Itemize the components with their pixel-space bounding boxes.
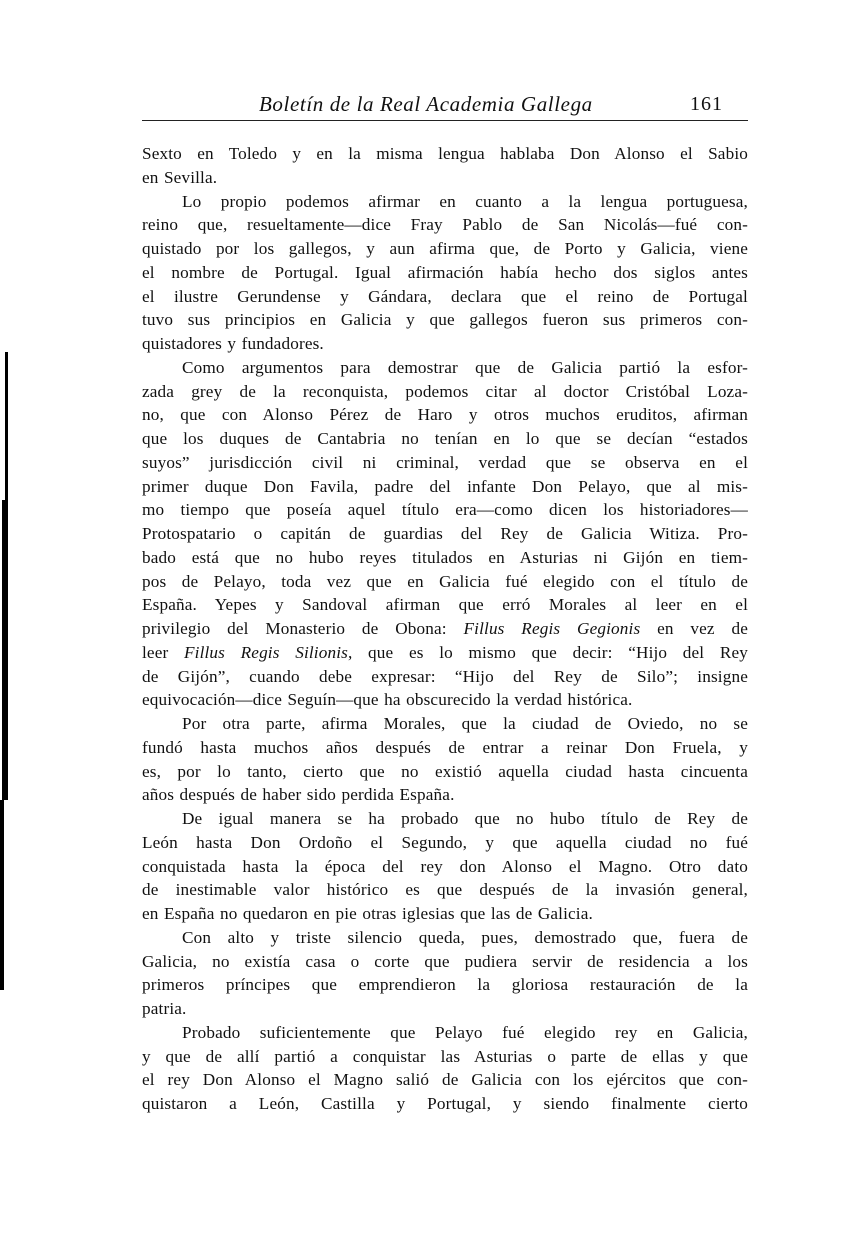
- text-fragment: , que es lo mismo que decir: “Hijo del R…: [348, 643, 748, 662]
- body-text: Sexto en Toledo y en la misma lengua hab…: [142, 142, 748, 1116]
- text-line: Protospatario o capitán de guardias del …: [142, 522, 748, 546]
- latin-phrase: Fillus Regis Gegionis: [464, 619, 641, 638]
- text-line: el nombre de Portugal. Igual afirmación …: [142, 261, 748, 285]
- running-header: Boletín de la Real Academia Gallega 161: [142, 90, 748, 121]
- text-line: equivocación—dice Seguín—que ha obscurec…: [142, 688, 748, 712]
- page-binding-shadow: [2, 500, 8, 800]
- text-line: privilegio del Monasterio de Obona: Fill…: [142, 617, 748, 641]
- page-binding-shadow: [0, 800, 4, 990]
- text-line: en Sevilla.: [142, 166, 748, 190]
- text-line: conquistada hasta la época del rey don A…: [142, 855, 748, 879]
- text-line: Probado suficientemente que Pelayo fué e…: [142, 1021, 748, 1045]
- text-line: patria.: [142, 997, 748, 1021]
- text-fragment: en vez de: [640, 619, 748, 638]
- page-number: 161: [690, 93, 723, 116]
- page-binding-shadow: [5, 352, 8, 502]
- text-line: quistaron a León, Castilla y Portugal, y…: [142, 1092, 748, 1116]
- text-line: Lo propio podemos afirmar en cuanto a la…: [142, 190, 748, 214]
- text-line: pos de Pelayo, toda vez que en Galicia f…: [142, 570, 748, 594]
- text-line: quistado por los gallegos, y aun afirma …: [142, 237, 748, 261]
- text-line: primeros príncipes que emprendieron la g…: [142, 973, 748, 997]
- text-line: en España no quedaron en pie otras igles…: [142, 902, 748, 926]
- text-line: leer Fillus Regis Silionis, que es lo mi…: [142, 641, 748, 665]
- text-line: Sexto en Toledo y en la misma lengua hab…: [142, 142, 748, 166]
- text-line: años después de haber sido perdida Españ…: [142, 783, 748, 807]
- text-line: Por otra parte, afirma Morales, que la c…: [142, 712, 748, 736]
- latin-phrase: Fillus Regis Silionis: [184, 643, 348, 662]
- text-line: reino que, resueltamente—dice Fray Pablo…: [142, 213, 748, 237]
- text-line: León hasta Don Ordoño el Segundo, y que …: [142, 831, 748, 855]
- text-line: de Gijón”, cuando debe expresar: “Hijo d…: [142, 665, 748, 689]
- text-line: suyos” jurisdicción civil ni criminal, v…: [142, 451, 748, 475]
- text-line: y que de allí partió a conquistar las As…: [142, 1045, 748, 1069]
- running-title: Boletín de la Real Academia Gallega: [259, 92, 593, 117]
- text-line: Como argumentos para demostrar que de Ga…: [142, 356, 748, 380]
- text-line: que los duques de Cantabria no tenían en…: [142, 427, 748, 451]
- text-fragment: privilegio del Monasterio de Obona:: [142, 619, 464, 638]
- text-line: no, que con Alonso Pérez de Haro y otros…: [142, 403, 748, 427]
- text-line: es, por lo tanto, cierto que no existió …: [142, 760, 748, 784]
- text-line: el rey Don Alonso el Magno salió de Gali…: [142, 1068, 748, 1092]
- text-line: España. Yepes y Sandoval afirman que err…: [142, 593, 748, 617]
- text-line: mo tiempo que poseía aquel título era—co…: [142, 498, 748, 522]
- text-line: bado está que no hubo reyes titulados en…: [142, 546, 748, 570]
- text-line: Con alto y triste silencio queda, pues, …: [142, 926, 748, 950]
- text-line: tuvo sus principios en Galicia y que gal…: [142, 308, 748, 332]
- text-line: De igual manera se ha probado que no hub…: [142, 807, 748, 831]
- text-fragment: leer: [142, 643, 184, 662]
- text-line: el ilustre Gerundense y Gándara, declara…: [142, 285, 748, 309]
- text-line: quistadores y fundadores.: [142, 332, 748, 356]
- text-line: Galicia, no existía casa o corte que pud…: [142, 950, 748, 974]
- text-line: primer duque Don Favila, padre del infan…: [142, 475, 748, 499]
- text-line: zada grey de la reconquista, podemos cit…: [142, 380, 748, 404]
- text-line: de inestimable valor histórico es que de…: [142, 878, 748, 902]
- text-line: fundó hasta muchos años después de entra…: [142, 736, 748, 760]
